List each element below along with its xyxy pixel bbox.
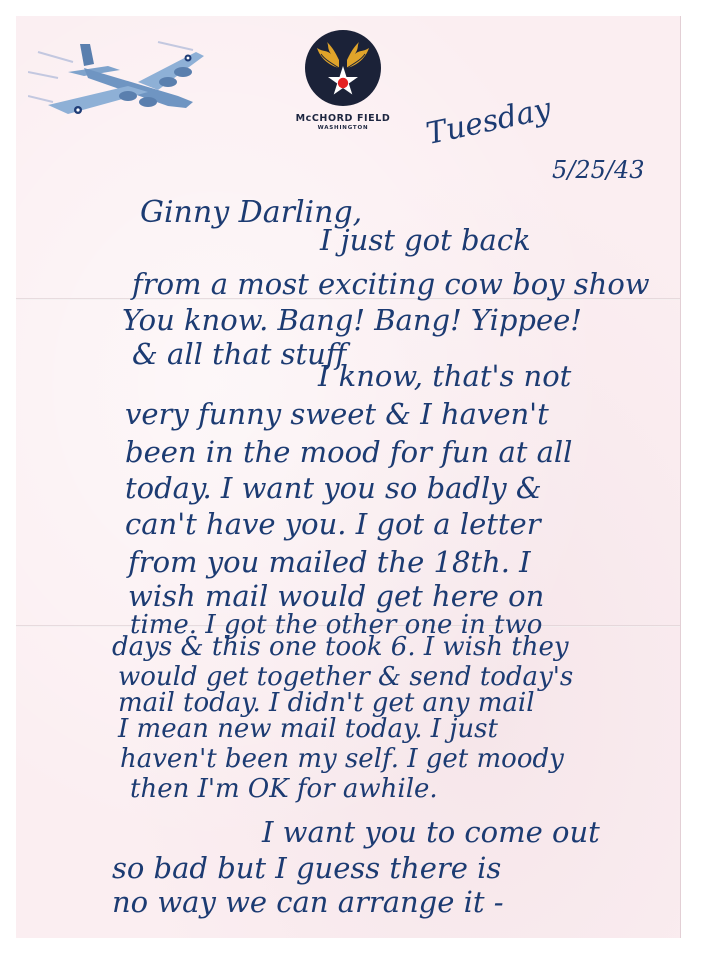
body-line-8: today. I want you so badly & — [125, 474, 542, 503]
body-line-1: I just got back — [320, 226, 531, 255]
army-air-forces-emblem-icon — [305, 30, 381, 106]
body-line-10: from you mailed the 18th. I — [128, 548, 531, 577]
body-line-6: very funny sweet & I haven't — [125, 400, 549, 429]
body-line-21: no way we can arrange it - — [112, 888, 504, 917]
bomber-plane-icon — [28, 30, 208, 115]
body-line-7: been in the mood for fun at all — [125, 438, 572, 467]
body-line-9: can't have you. I got a letter — [125, 510, 541, 539]
letterhead-subtitle: WASHINGTON — [290, 125, 396, 131]
body-line-18: then I'm OK for awhile. — [130, 776, 438, 802]
letterhead-title: McCHORD FIELD — [290, 113, 396, 124]
body-line-16: I mean new mail today. I just — [118, 716, 498, 742]
body-line-3: You know. Bang! Bang! Yippee! — [122, 306, 582, 335]
body-line-20: so bad but I guess there is — [112, 854, 501, 883]
body-line-2: from a most exciting cow boy show — [132, 270, 650, 299]
body-line-4: & all that stuff — [132, 340, 346, 369]
body-line-15: mail today. I didn't get any mail — [118, 690, 535, 716]
body-line-5: I know, that's not — [318, 362, 571, 391]
body-line-11: wish mail would get here on — [128, 582, 544, 611]
body-line-17: haven't been my self. I get moody — [120, 746, 564, 772]
body-line-14: would get together & send today's — [118, 664, 573, 690]
body-line-13: days & this one took 6. I wish they — [112, 634, 569, 660]
date-numeric: 5/25/43 — [552, 158, 645, 182]
body-line-19: I want you to come out — [262, 818, 600, 847]
